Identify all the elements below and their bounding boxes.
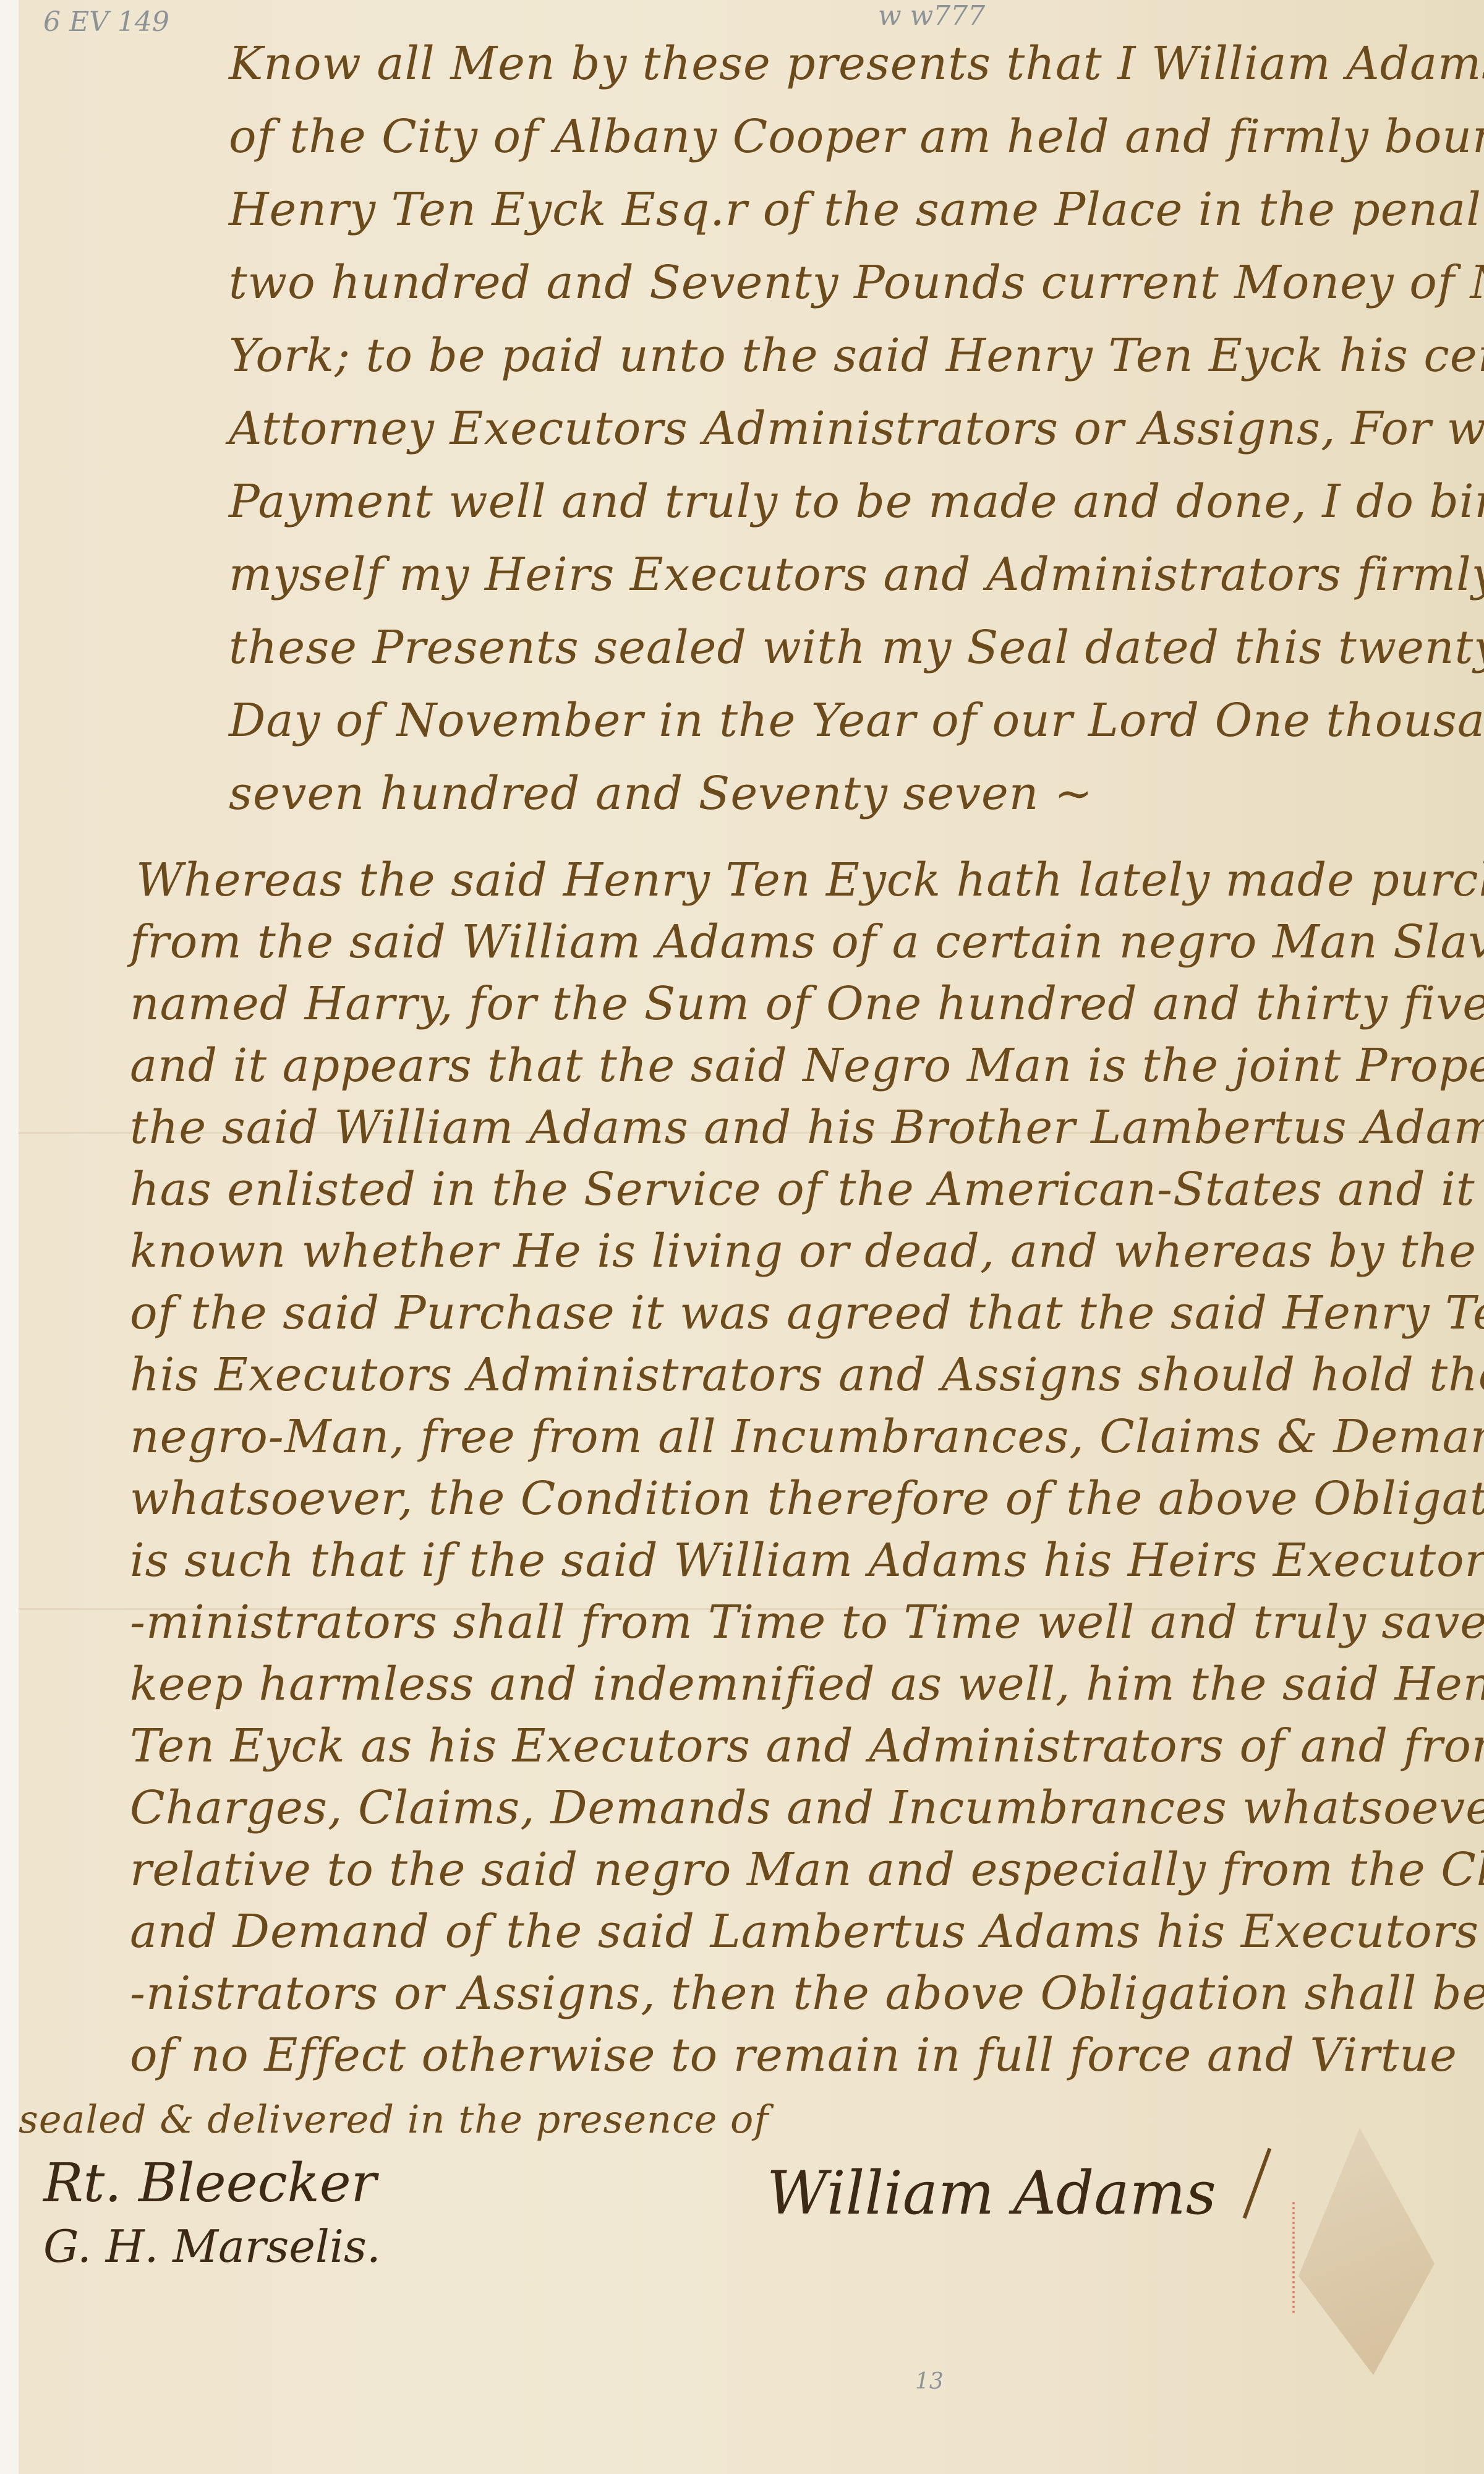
witness-signature: Rt. Bleecker [43, 2152, 377, 2214]
scan-edge [0, 0, 19, 2474]
text-line: the said William Adams and his Brother L… [130, 1101, 1484, 1154]
text-line: Know all Men by these presents that I Wi… [229, 37, 1484, 90]
witness-signature: G. H. Marselis. [43, 2220, 381, 2272]
text-line: Ten Eyck as his Executors and Administra… [130, 1719, 1484, 1773]
signer-signature: William Adams [767, 2159, 1216, 2228]
text-line: known whether He is living or dead, and … [130, 1225, 1484, 1278]
text-line: his Executors Administrators and Assigns… [130, 1348, 1484, 1402]
text-line: -nistrators or Assigns, then the above O… [130, 1967, 1484, 2020]
text-line: named Harry, for the Sum of One hundred … [130, 977, 1484, 1030]
text-line: keep harmless and indemnified as well, h… [130, 1658, 1484, 1711]
text-line: two hundred and Seventy Pounds current M… [229, 256, 1484, 309]
text-line: Whereas the said Henry Ten Eyck hath lat… [136, 854, 1484, 907]
text-line: of the City of Albany Cooper am held and… [229, 110, 1484, 163]
text-line: of the said Purchase it was agreed that … [130, 1286, 1484, 1340]
text-line: from the said William Adams of a certain… [130, 915, 1484, 969]
text-line: -ministrators shall from Time to Time we… [130, 1596, 1484, 1649]
text-line: Henry Ten Eyck Esq.r of the same Place i… [229, 183, 1484, 236]
attestation-label: sealed & delivered in the presence of [19, 2097, 769, 2142]
text-line: Attorney Executors Administrators or Ass… [229, 402, 1484, 455]
text-line: these Presents sealed with my Seal dated… [229, 621, 1484, 674]
text-line: myself my Heirs Executors and Administra… [229, 548, 1484, 601]
text-line: of no Effect otherwise to remain in full… [130, 2029, 1457, 2082]
text-line: Payment well and truly to be made and do… [229, 475, 1484, 528]
text-line: has enlisted in the Service of the Ameri… [130, 1163, 1484, 1216]
text-line: whatsoever, the Condition therefore of t… [130, 1472, 1484, 1525]
text-line: seven hundred and Seventy seven ~ [229, 767, 1093, 820]
text-line: and Demand of the said Lambertus Adams h… [130, 1905, 1484, 1958]
page-mark: 13 [915, 2369, 944, 2394]
archive-number-annotation: 6 EV 149 [43, 6, 169, 38]
text-line: and it appears that the said Negro Man i… [130, 1039, 1484, 1092]
text-line: Day of November in the Year of our Lord … [229, 694, 1484, 747]
red-wax-trace [1292, 2202, 1313, 2313]
text-line: is such that if the said William Adams h… [130, 1534, 1484, 1587]
text-line: negro-Man, free from all Incumbrances, C… [130, 1410, 1484, 1463]
text-line: Charges, Claims, Demands and Incumbrance… [130, 1781, 1484, 1834]
catalog-annotation: w w777 [878, 0, 985, 32]
text-line: relative to the said negro Man and espec… [130, 1843, 1484, 1896]
text-line: York; to be paid unto the said Henry Ten… [229, 329, 1484, 382]
